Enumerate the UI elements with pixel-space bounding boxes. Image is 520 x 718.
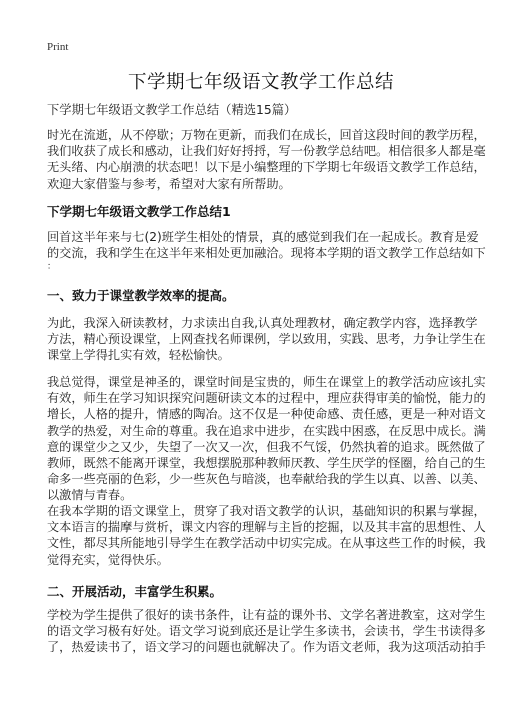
- text-line: 增长，人格的提升，情感的陶冶。这不仅是一种使命感、责任感，更是一种对语文: [47, 406, 475, 422]
- text-line: 的交流，我和学生在这半年来相处更加融洽。现将本学期的语文教学工作总结如下: [47, 245, 475, 261]
- text-line: 为此，我深入研读教材，力求读出自我,认真处理教材，确定教学内容，选择教学: [47, 315, 475, 331]
- text-line: 无头绪、内心崩溃的状态吧！以下是小编整理的下学期七年级语文教学工作总结，: [47, 159, 475, 175]
- text-line: 我总觉得，课堂是神圣的，课堂时间是宝贵的，师生在课堂上的教学活动应该扎实: [47, 374, 475, 390]
- paragraph: 在我本学期的语文课堂上，贯穿了我对语文教学的认识，基础知识的积累与掌握， 文本语…: [47, 503, 475, 568]
- document-subtitle: 下学期七年级语文教学工作总结（精选15篇）: [47, 100, 296, 118]
- intro-paragraph: 时光在流逝，从不停歇；万物在更新，而我们在成长，回首这段时间的教学历程， 我们收…: [47, 127, 475, 192]
- text-line: 欢迎大家借鉴与参考，希望对大家有所帮助。: [47, 176, 475, 192]
- text-line: 时光在流逝，从不停歇；万物在更新，而我们在成长，回首这段时间的教学历程，: [47, 127, 475, 143]
- text-line: 教学的热爱，对生命的尊重。我在追求中进步，在实践中困惑，在反思中成长。满: [47, 423, 475, 439]
- text-line: ：: [47, 261, 475, 273]
- text-line: 在我本学期的语文课堂上，贯穿了我对语文教学的认识，基础知识的积累与掌握，: [47, 503, 475, 519]
- text-line: 了，热爱读书了，语文学习的问题也就解决了。作为语文老师，我为这项活动拍手: [47, 639, 475, 655]
- text-line: 有效，师生在学习知识探究问题研读文本的过程中，理应获得审美的愉悦，能力的: [47, 390, 475, 406]
- paragraph: 为此，我深入研读教材，力求读出自我,认真处理教材，确定教学内容，选择教学 方法，…: [47, 315, 475, 364]
- text-line: 命多一些亮丽的色彩，少一些灰色与暗淡，也奉献给我的学生以真、以善、以美、: [47, 471, 475, 487]
- text-line: 意的课堂少之又少，失望了一次又一次，但我不气馁，仍然执着的追求。既然做了: [47, 439, 475, 455]
- text-line: 文性，都尽其所能地引导学生在教学活动中切实完成。在从事这些工作的时候，我: [47, 535, 475, 551]
- document-title: 下学期七年级语文教学工作总结: [47, 68, 475, 94]
- text-line: 学校为学生提供了很好的读书条件，让有益的课外书、文学名著进教室，这对学生: [47, 607, 475, 623]
- heading-2: 二、开展活动，丰富学生积累。: [47, 582, 222, 600]
- text-line: 我们收获了成长和感动，让我们好好捋捋，写一份教学总结吧。相信很多人都是毫: [47, 143, 475, 159]
- text-line: 课堂上学得扎实有效，轻松愉快。: [47, 347, 475, 363]
- text-line: 的语文学习极有好处。语文学习说到底还是让学生多读书，会读书，学生书读得多: [47, 623, 475, 639]
- text-line: 以激情与青春。: [47, 487, 475, 503]
- heading-1: 一、致力于课堂教学效率的提高。: [47, 286, 235, 304]
- text-line: 教师，既然不能离开课堂，我想摆脱那种教师厌教、学生厌学的怪圈，给自己的生: [47, 455, 475, 471]
- paragraph: 学校为学生提供了很好的读书条件，让有益的课外书、文学名著进教室，这对学生 的语文…: [47, 607, 475, 656]
- text-line: 回首这半年来与七(2)班学生相处的情景，真的感觉到我们在一起成长。教育是爱: [47, 229, 475, 245]
- section-intro-paragraph: 回首这半年来与七(2)班学生相处的情景，真的感觉到我们在一起成长。教育是爱 的交…: [47, 229, 475, 273]
- paragraph: 我总觉得，课堂是神圣的，课堂时间是宝贵的，师生在课堂上的教学活动应该扎实 有效，…: [47, 374, 475, 504]
- text-line: 觉得充实，觉得快乐。: [47, 552, 475, 568]
- print-label: Print: [47, 41, 68, 53]
- text-line: 方法，精心预设课堂，上网查找名师课例，学以致用，实践、思考，力争让学生在: [47, 331, 475, 347]
- section-title: 下学期七年级语文教学工作总结1: [47, 202, 231, 220]
- text-line: 文本语言的揣摩与赏析，课文内容的理解与主旨的挖掘，以及其丰富的思想性、人: [47, 519, 475, 535]
